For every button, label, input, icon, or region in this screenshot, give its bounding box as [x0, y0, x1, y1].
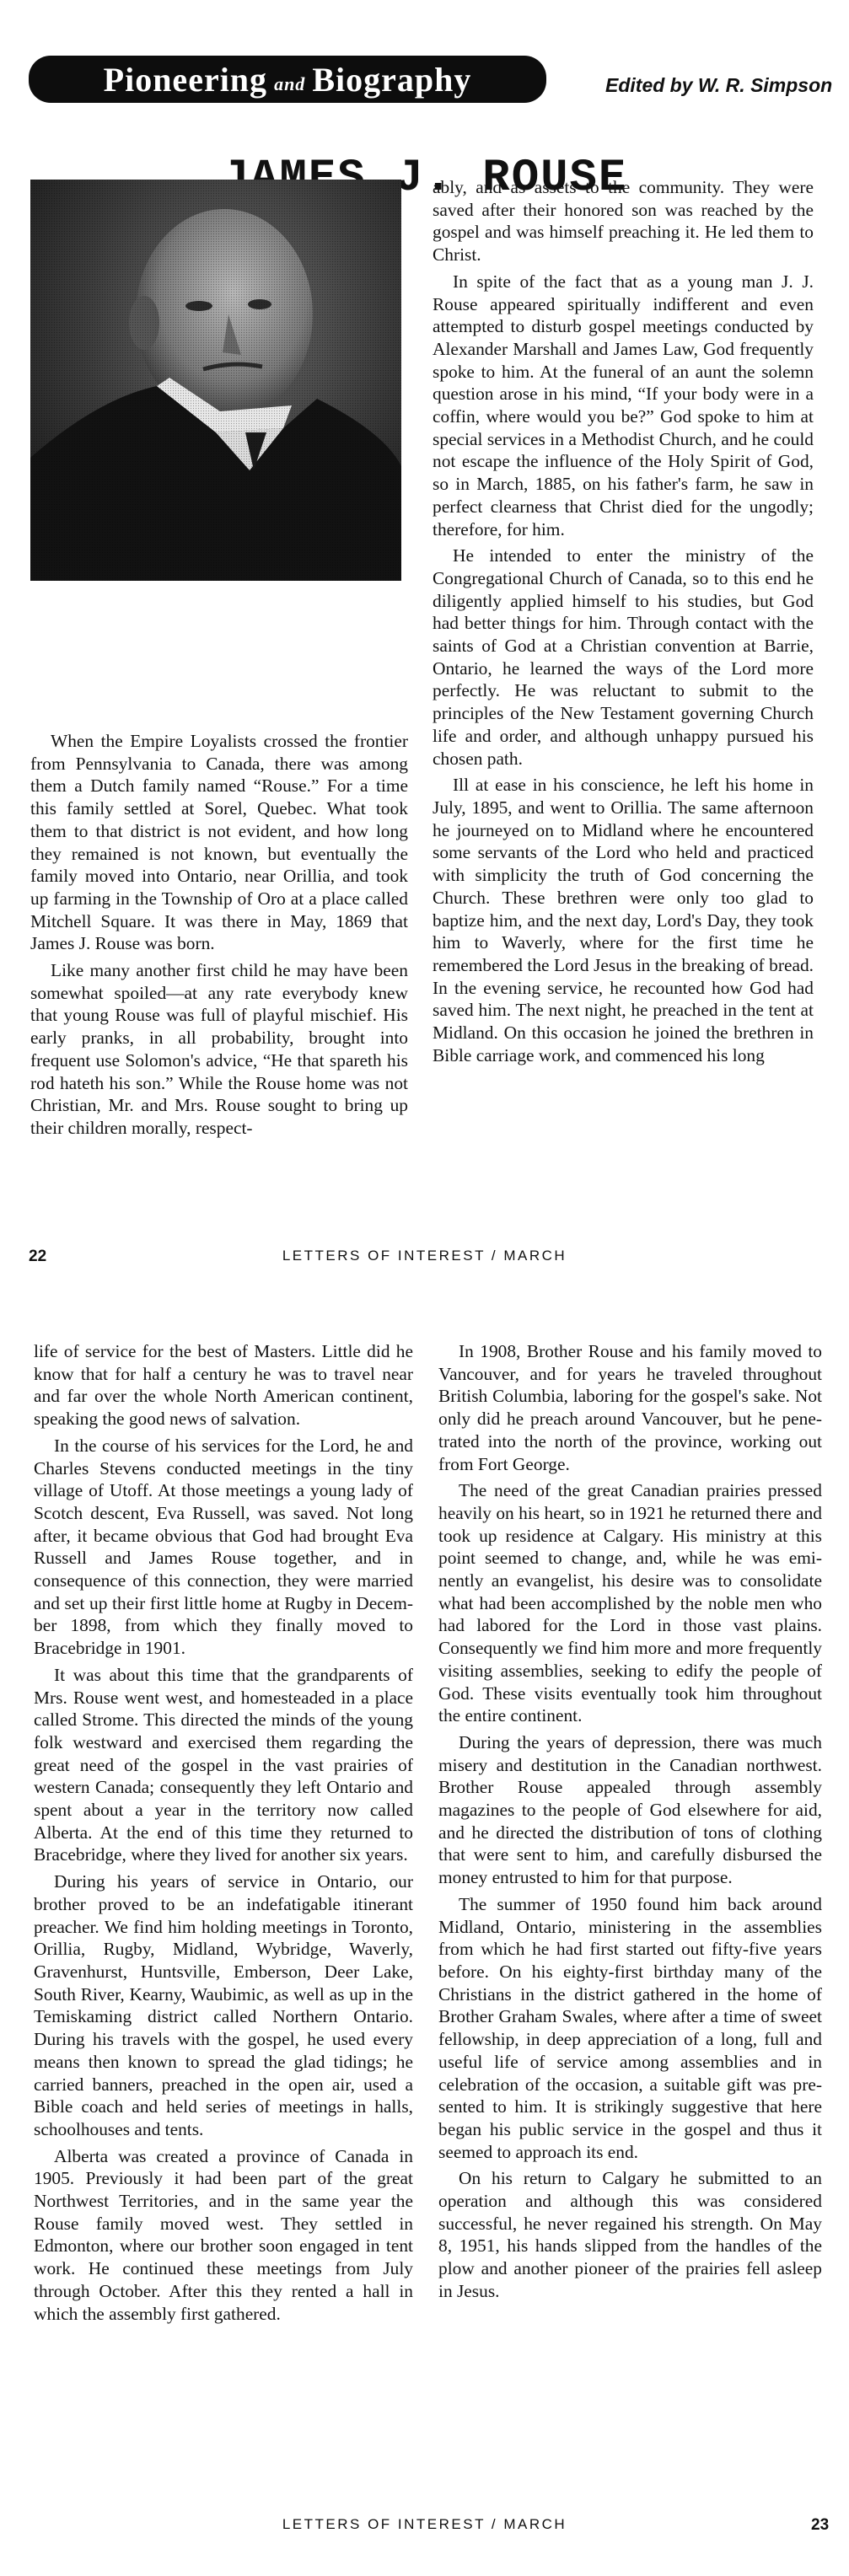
page-22: Pioneering and Biography Edited by W. R.…	[0, 0, 849, 1290]
paragraph: In spite of the fact that as a young man…	[433, 271, 814, 540]
section-title-and: and	[274, 73, 305, 95]
page22-right-column: ably, and as assets to the community. Th…	[433, 176, 814, 1071]
paragraph: life of service for the best of Masters.…	[34, 1340, 413, 1430]
portrait-photo	[30, 180, 401, 581]
section-title-pioneering: Pioneering	[104, 60, 267, 99]
magazine-running-footer: LETTERS OF INTEREST / MARCH	[0, 1248, 849, 1264]
paragraph: The need of the great Canadian prairies …	[438, 1479, 822, 1727]
paragraph: When the Empire Loyalists crossed the fr…	[30, 730, 408, 955]
paragraph: Like many another first child he may hav…	[30, 959, 408, 1140]
paragraph: On his return to Calgary he submitted to…	[438, 2167, 822, 2302]
paragraph: During the years of depression, there wa…	[438, 1731, 822, 1889]
paragraph: He intended to enter the ministry of the…	[433, 545, 814, 770]
paragraph: In the course of his services for the Lo…	[34, 1435, 413, 1660]
paragraph: In 1908, Brother Rouse and his family mo…	[438, 1340, 822, 1475]
section-banner: Pioneering and Biography	[29, 56, 546, 103]
paragraph: The summer of 1950 found him back around…	[438, 1893, 822, 2163]
page23-right-column: In 1908, Brother Rouse and his family mo…	[438, 1340, 822, 2307]
page22-left-column: When the Empire Loyalists crossed the fr…	[30, 730, 408, 1144]
section-title-biography: Biography	[312, 60, 471, 99]
magazine-running-footer: LETTERS OF INTEREST / MARCH	[0, 2516, 849, 2533]
page-23: life of service for the best of Masters.…	[0, 1290, 849, 2576]
paragraph: During his years of service in Ontario, …	[34, 1870, 413, 2140]
paragraph: It was about this time that the grand­pa…	[34, 1664, 413, 1866]
portrait-image-icon	[30, 180, 401, 581]
editor-credit: Edited by W. R. Simpson	[605, 74, 832, 97]
page23-left-column: life of service for the best of Masters.…	[34, 1340, 413, 2329]
paragraph: Alberta was created a province of Can­ad…	[34, 2145, 413, 2326]
paragraph: Ill at ease in his conscience, he left h…	[433, 774, 814, 1066]
paragraph: ably, and as assets to the community. Th…	[433, 176, 814, 266]
page-number: 23	[811, 2516, 829, 2535]
